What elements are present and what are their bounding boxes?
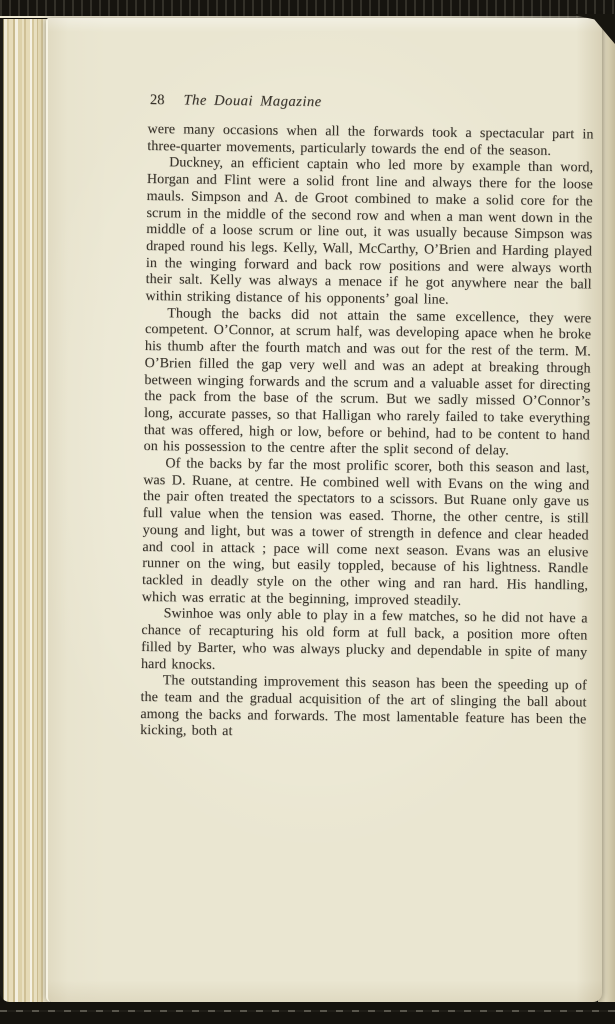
running-header: 28 The Douai Magazine [150,92,594,114]
body-paragraph-5: Swinhoe was only able to play in a few m… [141,606,588,678]
body-paragraph-2: Duckney, an efficient captain who led mo… [145,155,593,311]
book-cover-bottom-edge [0,1002,615,1024]
body-paragraph-6: The outstanding improvement this season … [140,673,587,745]
body-paragraph-4: Of the backs by far the most prolific sc… [142,456,590,612]
book-cover-top-edge [0,0,615,18]
page-stack-fore-edge [0,19,50,1002]
magazine-title: The Douai Magazine [183,92,321,111]
printed-content: 28 The Douai Magazine were many occasion… [140,92,594,745]
body-paragraph-3: Though the backs did not attain the same… [144,306,592,462]
page-number: 28 [150,92,165,109]
scanned-page: 28 The Douai Magazine were many occasion… [46,18,602,1002]
book-scan: 28 The Douai Magazine were many occasion… [0,0,615,1024]
body-text: were many occasions when all the forward… [140,122,594,745]
